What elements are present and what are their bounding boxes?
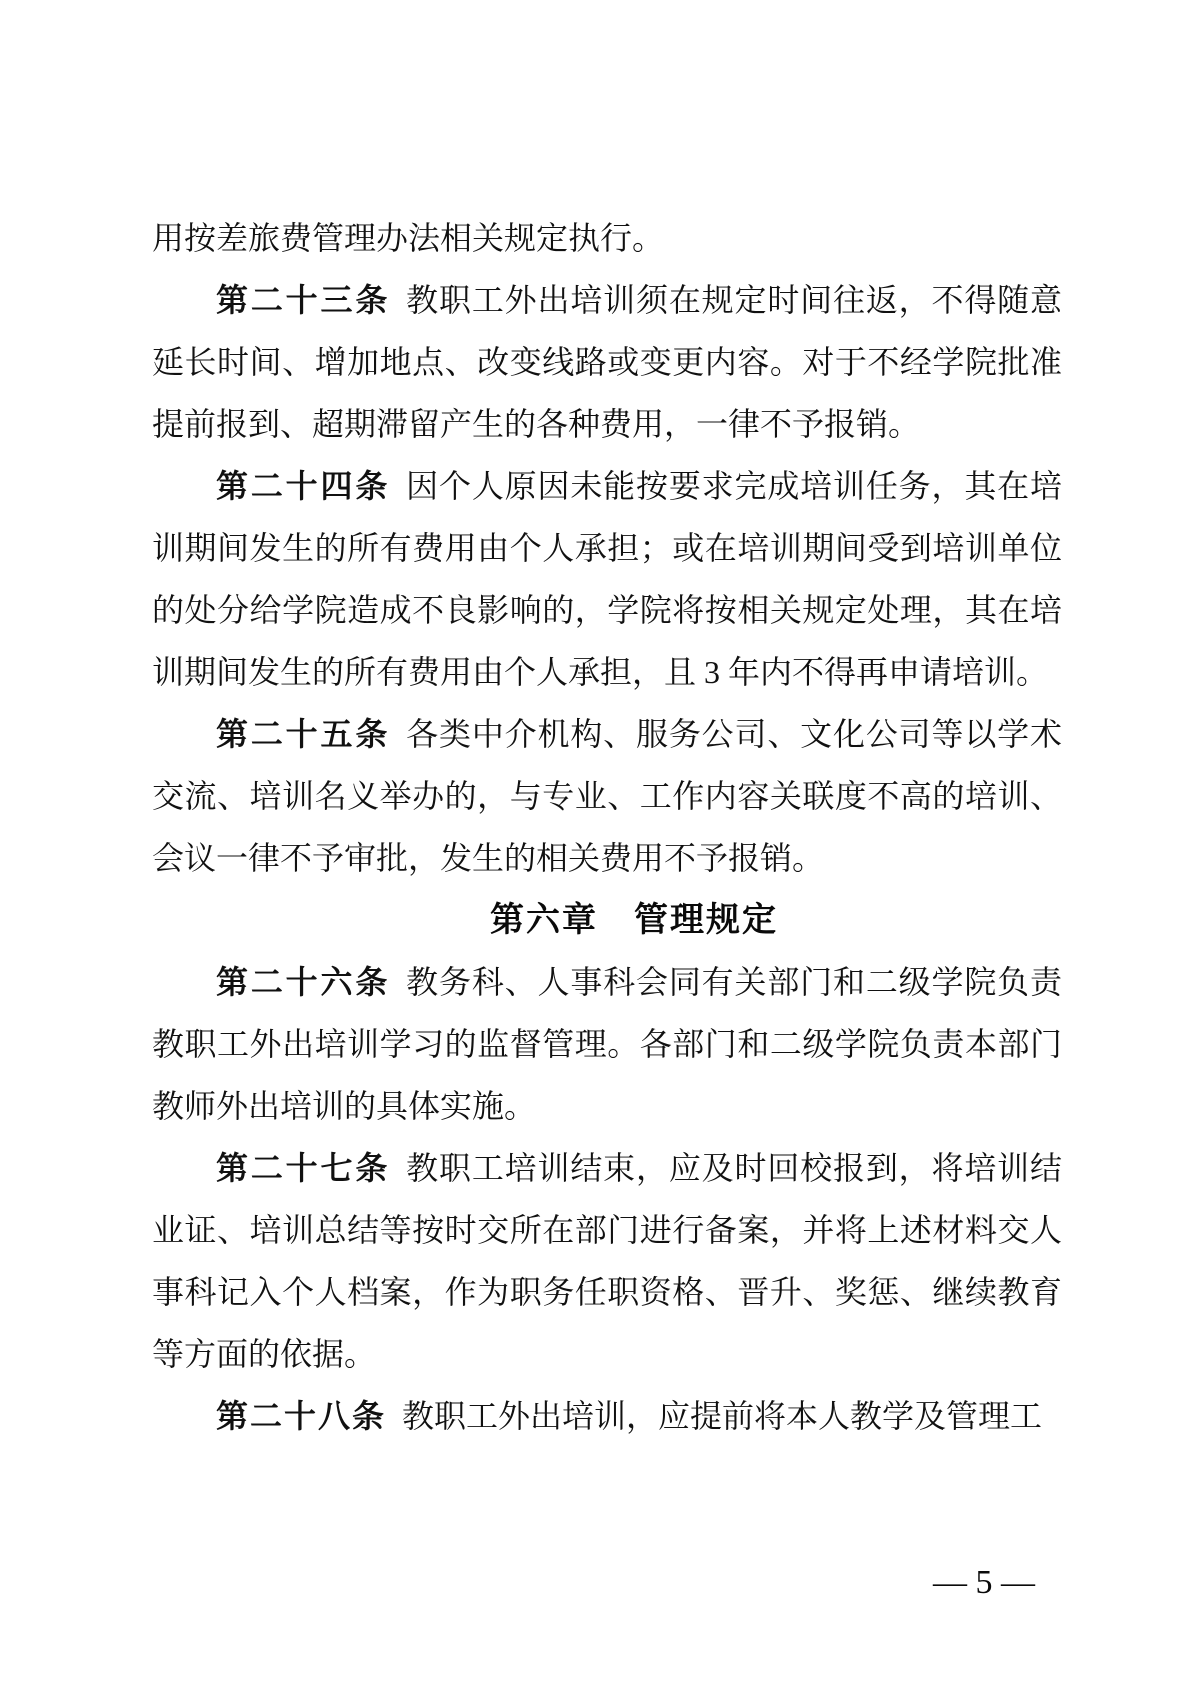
- article-term: 第二十四条: [216, 468, 390, 504]
- document-body: 用按差旅费管理办法相关规定执行。 第二十三条教职工外出培训须在规定时间往返，不得…: [152, 207, 1062, 1447]
- paragraph-text: 用按差旅费管理办法相关规定执行。: [152, 220, 664, 256]
- article-paragraph-23: 第二十三条教职工外出培训须在规定时间往返，不得随意延长时间、增加地点、改变线路或…: [152, 269, 1062, 455]
- article-term: 第二十八条: [216, 1398, 386, 1434]
- article-paragraph-27: 第二十七条教职工培训结束，应及时回校报到，将培训结业证、培训总结等按时交所在部门…: [152, 1137, 1062, 1385]
- article-text: 教职工外出培训，应提前将本人教学及管理工: [402, 1398, 1042, 1434]
- page-footer: — 5 —: [933, 1560, 1035, 1606]
- article-paragraph-26: 第二十六条教务科、人事科会同有关部门和二级学院负责教职工外出培训学习的监督管理。…: [152, 951, 1062, 1137]
- article-term: 第二十五条: [216, 716, 390, 752]
- article-term: 第二十三条: [216, 282, 390, 318]
- chapter-heading: 第六章 管理规定: [179, 889, 1089, 951]
- article-term: 第二十六条: [216, 964, 390, 1000]
- document-page: 用按差旅费管理办法相关规定执行。 第二十三条教职工外出培训须在规定时间往返，不得…: [0, 0, 1191, 1684]
- article-paragraph-28: 第二十八条教职工外出培训，应提前将本人教学及管理工: [152, 1385, 1062, 1447]
- page-number: — 5 —: [933, 1564, 1035, 1601]
- article-term: 第二十七条: [216, 1150, 390, 1186]
- continuation-paragraph: 用按差旅费管理办法相关规定执行。: [152, 207, 1062, 269]
- article-paragraph-25: 第二十五条各类中介机构、服务公司、文化公司等以学术交流、培训名义举办的，与专业、…: [152, 703, 1062, 889]
- article-paragraph-24: 第二十四条因个人原因未能按要求完成培训任务，其在培训期间发生的所有费用由个人承担…: [152, 455, 1062, 703]
